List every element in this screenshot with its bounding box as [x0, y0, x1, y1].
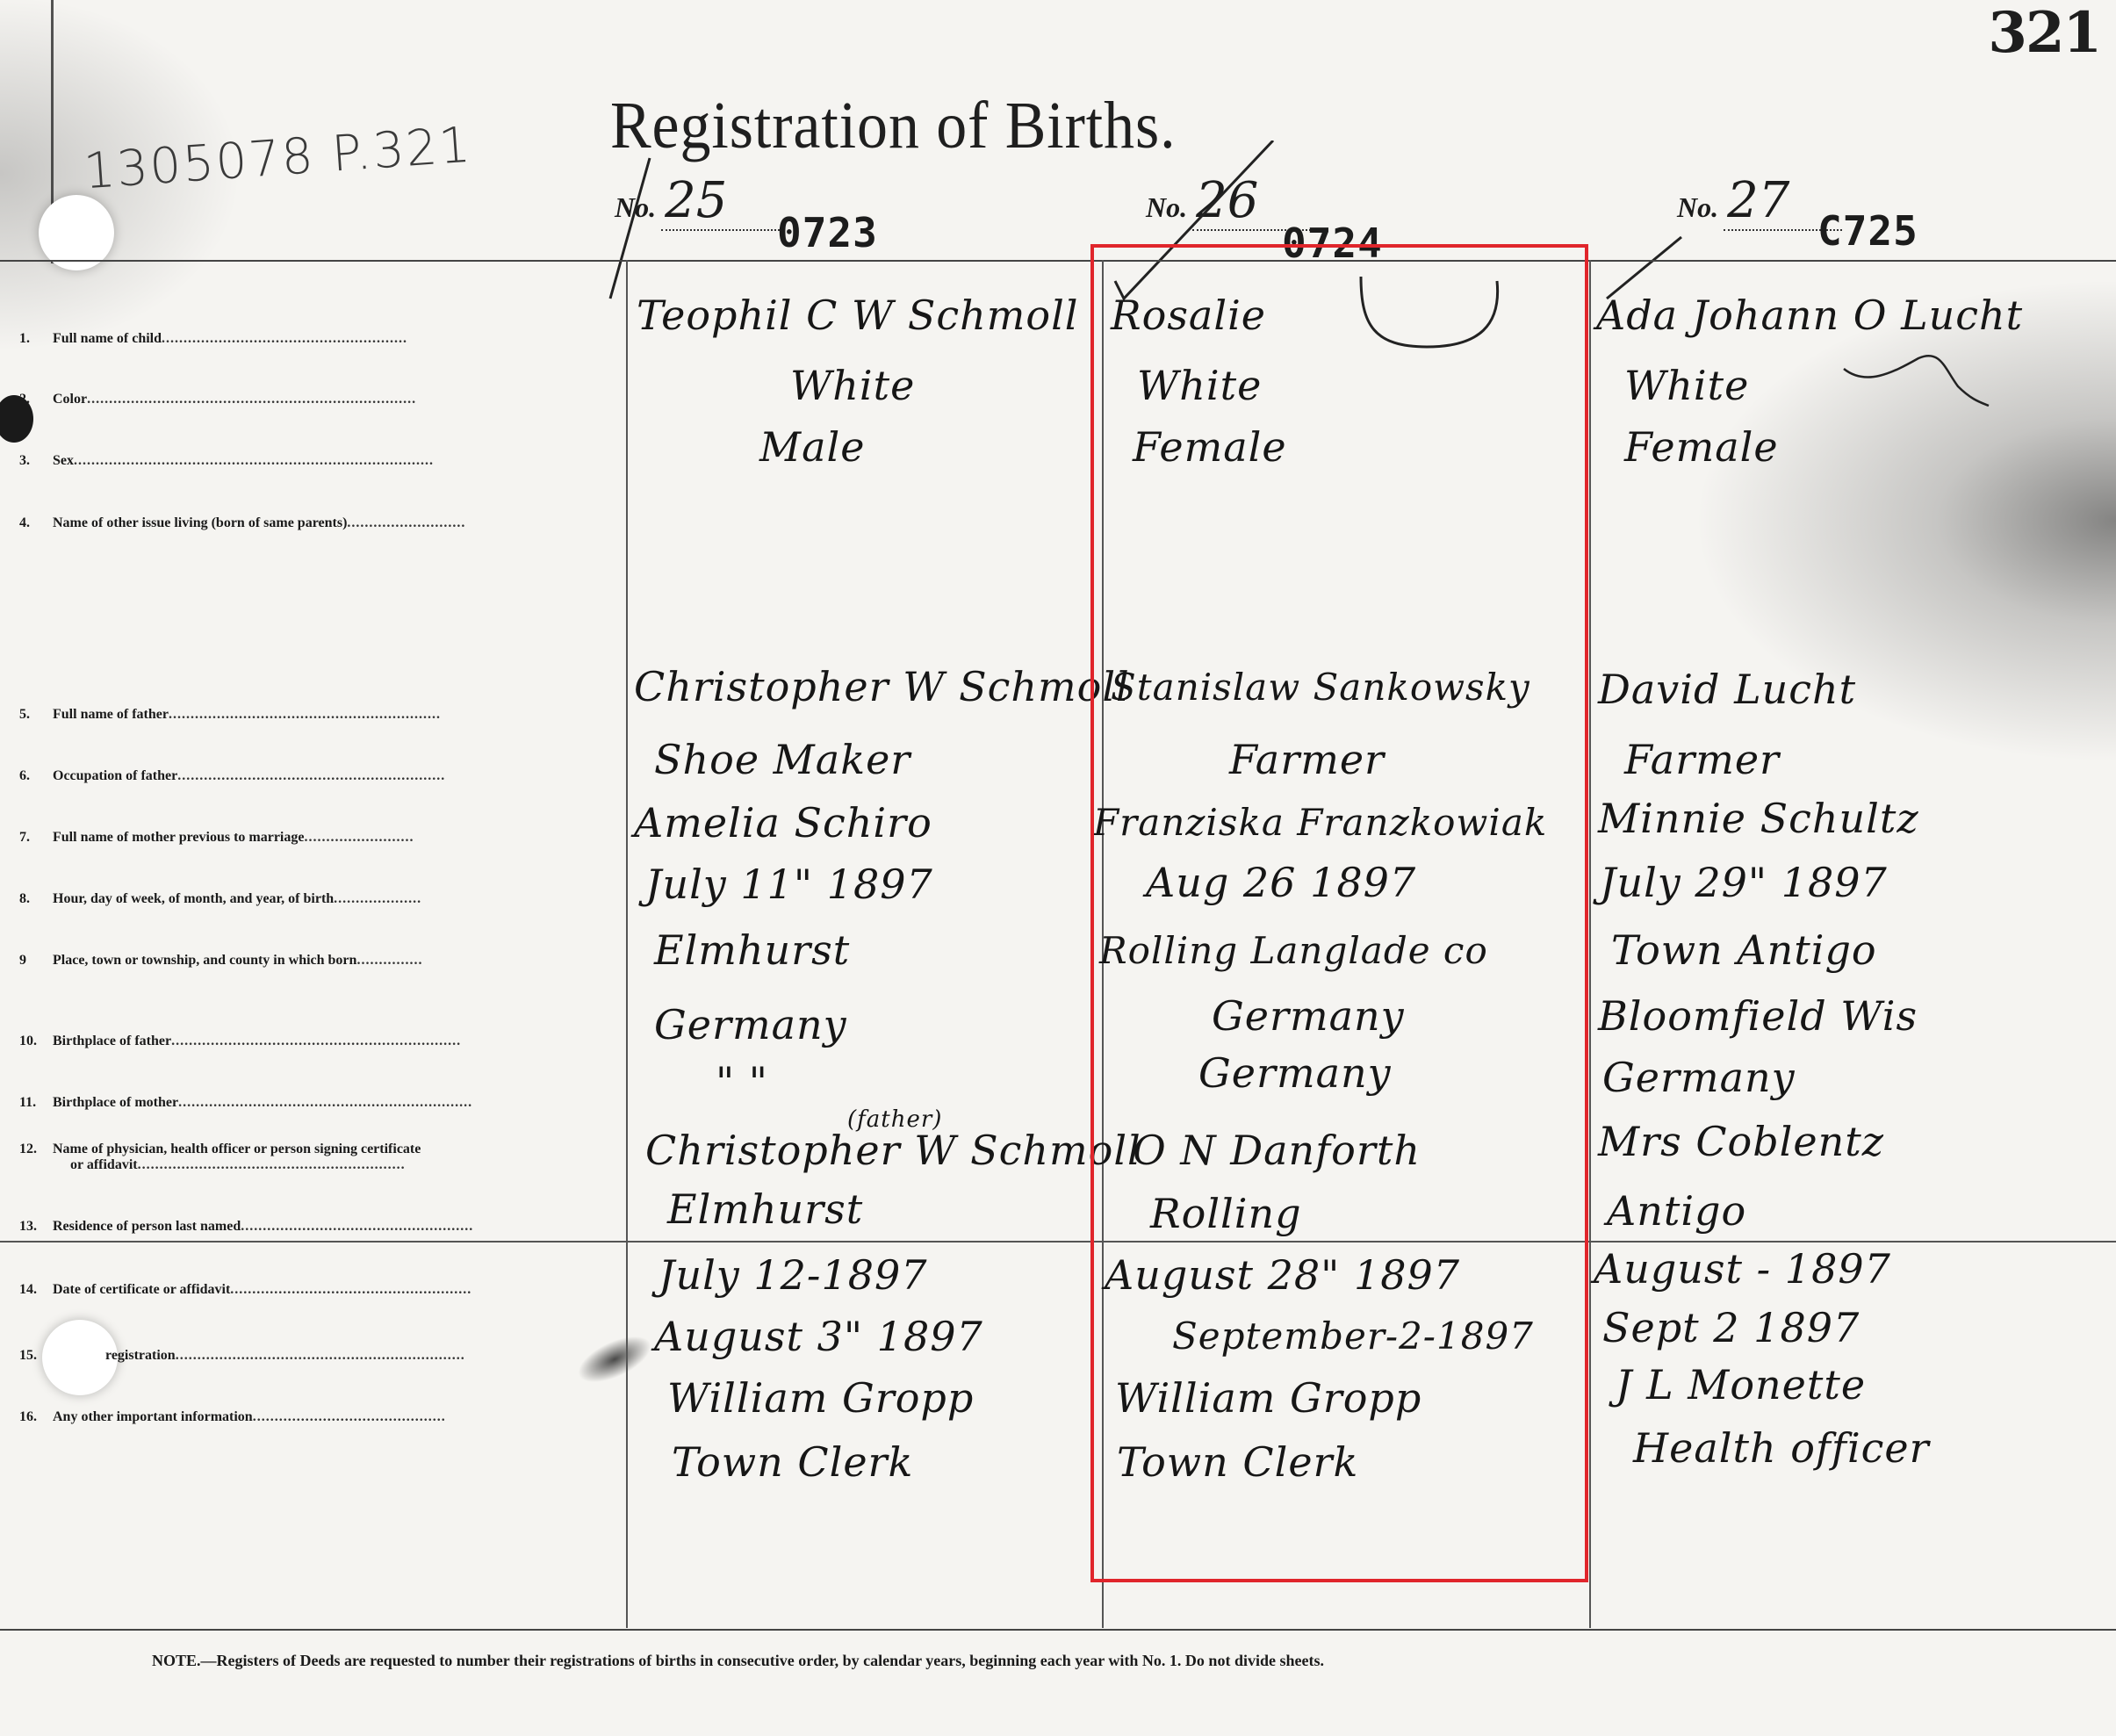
father-birthplace: Bloomfield Wis: [1598, 992, 1918, 1040]
header-rule: [0, 260, 2116, 262]
field-label-4: 4.Name of other issue living (born of sa…: [19, 515, 586, 531]
birth-date: Aug 26 1897: [1146, 859, 1416, 906]
child-color: White: [1137, 362, 1262, 409]
father-name: Christopher W Schmoll: [634, 663, 1130, 710]
father-occupation: Farmer: [1624, 736, 1780, 783]
mother-maiden-name: Amelia Schiro: [634, 799, 932, 846]
child-sex: Male: [759, 423, 865, 471]
field-label-1: 1.Full name of child....................…: [19, 331, 586, 347]
mother-maiden-name: Franziska Franzkowiak: [1093, 801, 1547, 844]
child-sex: Female: [1624, 423, 1779, 471]
birth-place: Rolling Langlade co: [1099, 929, 1488, 972]
flourish-mark: [1839, 351, 1997, 413]
footer-rule: [0, 1629, 2116, 1631]
father-name: Stanislaw Sankowsky: [1111, 666, 1530, 709]
field-label-13: 13.Residence of person last named.......…: [19, 1219, 586, 1235]
field-label-14: 14.Date of certificate or affidavit.....…: [19, 1282, 586, 1298]
mother-maiden-name: Minnie Schultz: [1598, 795, 1919, 842]
child-color: White: [1624, 362, 1749, 409]
field-label-6: 6.Occupation of father..................…: [19, 768, 586, 784]
child-name: Rosalie: [1111, 292, 1266, 339]
birth-register-page: 321 1305078 P.321 Registration of Births…: [0, 0, 2116, 1736]
certifier-name: Mrs Coblentz: [1598, 1118, 1884, 1165]
mother-birthplace: Germany: [1198, 1049, 1392, 1097]
certifier-residence: Elmhurst: [667, 1185, 863, 1233]
column-divider-1: [626, 260, 628, 1628]
field-label-10: 10.Birthplace of father.................…: [19, 1034, 586, 1049]
registration-date: Sept 2 1897: [1602, 1304, 1860, 1351]
archive-reference: 1305078 P.321: [82, 117, 473, 201]
father-occupation: Farmer: [1229, 736, 1385, 783]
father-birthplace: Germany: [654, 1001, 847, 1048]
field-label-11: 11.Birthplace of mother.................…: [19, 1095, 586, 1111]
birth-date: July 29" 1897: [1600, 859, 1888, 906]
certificate-date: August - 1897: [1594, 1245, 1891, 1293]
certificate-date: August 28" 1897: [1105, 1251, 1460, 1299]
registrar-name: William Gropp: [667, 1374, 974, 1422]
field-label-12: 12.Name of physician, health officer or …: [19, 1142, 586, 1173]
bracket-mark: [1357, 272, 1515, 360]
certifier-name: O N Danforth: [1133, 1127, 1421, 1174]
birth-place: Elmhurst: [654, 926, 850, 974]
section-rule: [0, 1241, 2116, 1243]
birth-place: Town Antigo: [1611, 926, 1877, 974]
field-label-2: 2.Color.................................…: [19, 392, 586, 407]
footnote: NOTE.—Registers of Deeds are requested t…: [152, 1652, 1324, 1670]
page-number: 321: [1988, 0, 2100, 66]
certifier-residence: Rolling: [1150, 1190, 1302, 1237]
registrar-title: Town Clerk: [1117, 1438, 1358, 1486]
registrar-title: Town Clerk: [672, 1438, 913, 1486]
certifier-residence: Antigo: [1607, 1187, 1746, 1235]
registration-date: August 3" 1897: [654, 1313, 983, 1360]
mother-birthplace: Germany: [1602, 1054, 1796, 1101]
field-label-3: 3.Sex...................................…: [19, 453, 586, 469]
field-label-5: 5.Full name of father...................…: [19, 707, 586, 723]
father-occupation: Shoe Maker: [654, 736, 910, 783]
field-label-16: 16.Any other important information......…: [19, 1409, 586, 1425]
father-birthplace: Germany: [1212, 992, 1405, 1040]
field-label-9: 9Place, town or township, and county in …: [19, 953, 586, 969]
child-name: Teophil C W Schmoll: [637, 292, 1079, 339]
field-label-7: 7.Full name of mother previous to marria…: [19, 830, 586, 846]
child-name: Ada Johann O Lucht: [1596, 292, 2023, 339]
certifier-signature: J L Monette: [1616, 1361, 1866, 1408]
birth-date: July 11" 1897: [645, 861, 933, 908]
column-divider-3: [1589, 260, 1591, 1628]
registration-date: September-2-1897: [1172, 1315, 1534, 1358]
registrar-name: William Gropp: [1115, 1374, 1421, 1422]
child-color: White: [790, 362, 915, 409]
field-label-8: 8.Hour, day of week, of month, and year,…: [19, 891, 586, 907]
certifier-title: Health officer: [1633, 1424, 1930, 1472]
father-name: David Lucht: [1598, 666, 1856, 713]
certificate-date: July 12-1897: [659, 1251, 928, 1299]
field-label-15: 15.registration.........................…: [19, 1348, 586, 1364]
mother-birthplace: " ": [716, 1058, 768, 1106]
certifier-name: Christopher W Schmoll: [645, 1127, 1141, 1174]
child-sex: Female: [1133, 423, 1287, 471]
